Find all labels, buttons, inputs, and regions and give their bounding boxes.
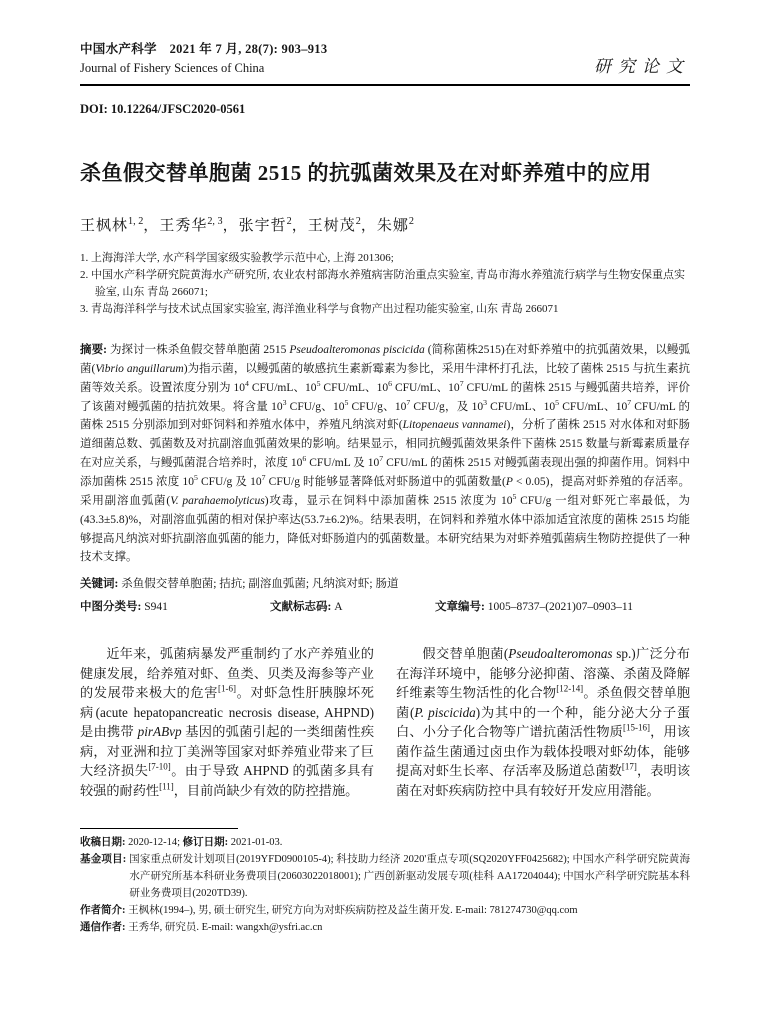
header-rule	[80, 84, 690, 86]
footnote-corresponding-author: 通信作者: 王秀华, 研究员. E-mail: wangxh@ysfri.ac.…	[80, 919, 690, 936]
journal-titles: 中国水产科学 2021 年 7 月, 28(7): 903–913 Journa…	[80, 40, 327, 79]
document-code: 文献标志码: A	[270, 598, 435, 614]
authors-line: 王枫林1, 2，王秀华2, 3，张宇哲2，王树茂2，朱娜2	[80, 214, 690, 235]
keywords-line: 关键词: 杀鱼假交替单胞菌; 拮抗; 副溶血弧菌; 凡纳滨对虾; 肠道	[80, 575, 690, 591]
footnote-divider	[80, 828, 238, 829]
affiliation-item-2: 2. 中国水产科学研究院黄海水产研究所, 农业农村部海水养殖病害防治重点实验室,…	[80, 267, 690, 301]
article-type-label: 研究论文	[594, 52, 690, 79]
footnote-funding: 基金项目: 国家重点研发计划项目(2019YFD0900105-4); 科技助力…	[80, 851, 690, 902]
paper-page: 中国水产科学 2021 年 7 月, 28(7): 903–913 Journa…	[0, 0, 768, 1024]
doi: DOI: 10.12264/JFSC2020-0561	[80, 102, 690, 117]
paper-title: 杀鱼假交替单胞菌 2515 的抗弧菌效果及在对虾养殖中的应用	[80, 157, 690, 187]
journal-title-cn: 中国水产科学 2021 年 7 月, 28(7): 903–913	[80, 40, 327, 59]
journal-title-en: Journal of Fishery Sciences of China	[80, 59, 327, 78]
footnote-author-bio: 作者简介: 王枫林(1994–), 男, 硕士研究生, 研究方向为对虾疾病防控及…	[80, 902, 690, 919]
body-columns: 近年来，弧菌病暴发严重制约了水产养殖业的健康发展，给养殖对虾、鱼类、贝类及海参等…	[80, 644, 690, 824]
body-right-column: 假交替单胞菌(Pseudoalteromonas sp.)广泛分布在海洋环境中，…	[396, 644, 690, 824]
affiliation-item-3: 3. 青岛海洋科学与技术试点国家实验室, 海洋渔业科学与食物产出过程功能实验室,…	[80, 301, 690, 318]
footnote-block: 收稿日期: 2020-12-14; 修订日期: 2021-01-03. 基金项目…	[80, 828, 690, 936]
abstract: 摘要: 为探讨一株杀鱼假交替单胞菌 2515 Pseudoalteromonas…	[80, 341, 690, 567]
article-id: 文章编号: 1005–8737–(2021)07–0903–11	[435, 598, 633, 614]
journal-header: 中国水产科学 2021 年 7 月, 28(7): 903–913 Journa…	[80, 40, 690, 79]
classification-line: 中图分类号: S941 文献标志码: A 文章编号: 1005–8737–(20…	[80, 598, 690, 614]
footnote-received-date: 收稿日期: 2020-12-14; 修订日期: 2021-01-03.	[80, 834, 690, 851]
body-left-column: 近年来，弧菌病暴发严重制约了水产养殖业的健康发展，给养殖对虾、鱼类、贝类及海参等…	[80, 644, 374, 824]
intro-paragraph-1: 近年来，弧菌病暴发严重制约了水产养殖业的健康发展，给养殖对虾、鱼类、贝类及海参等…	[80, 644, 374, 800]
intro-paragraph-2: 假交替单胞菌(Pseudoalteromonas sp.)广泛分布在海洋环境中，…	[396, 644, 690, 800]
affiliation-item-1: 1. 上海海洋大学, 水产科学国家级实验教学示范中心, 上海 201306;	[80, 250, 690, 267]
clc-number: 中图分类号: S941	[80, 598, 270, 614]
affiliations: 1. 上海海洋大学, 水产科学国家级实验教学示范中心, 上海 201306; 2…	[80, 250, 690, 318]
